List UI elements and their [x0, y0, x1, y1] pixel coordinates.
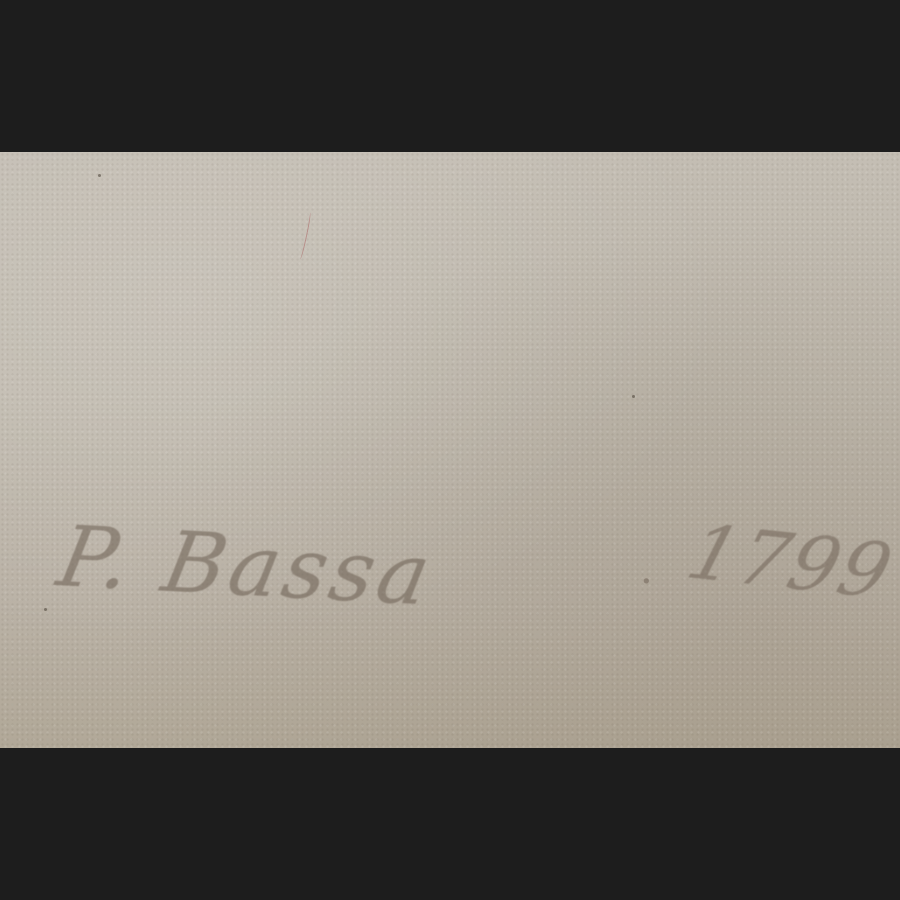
- signature-name: P. Bassa: [51, 507, 442, 624]
- paper-speck: [632, 395, 635, 398]
- paper-grain-texture: [0, 152, 900, 748]
- paper-sheet: P. Bassa · 1799: [0, 152, 900, 748]
- signature-separator: ·: [640, 559, 653, 605]
- handwritten-inscription: P. Bassa · 1799: [40, 497, 880, 637]
- top-frame-band: [0, 0, 900, 152]
- bottom-frame-band: [0, 748, 900, 900]
- paper-speck: [98, 174, 101, 177]
- signature-year: 1799: [678, 508, 900, 616]
